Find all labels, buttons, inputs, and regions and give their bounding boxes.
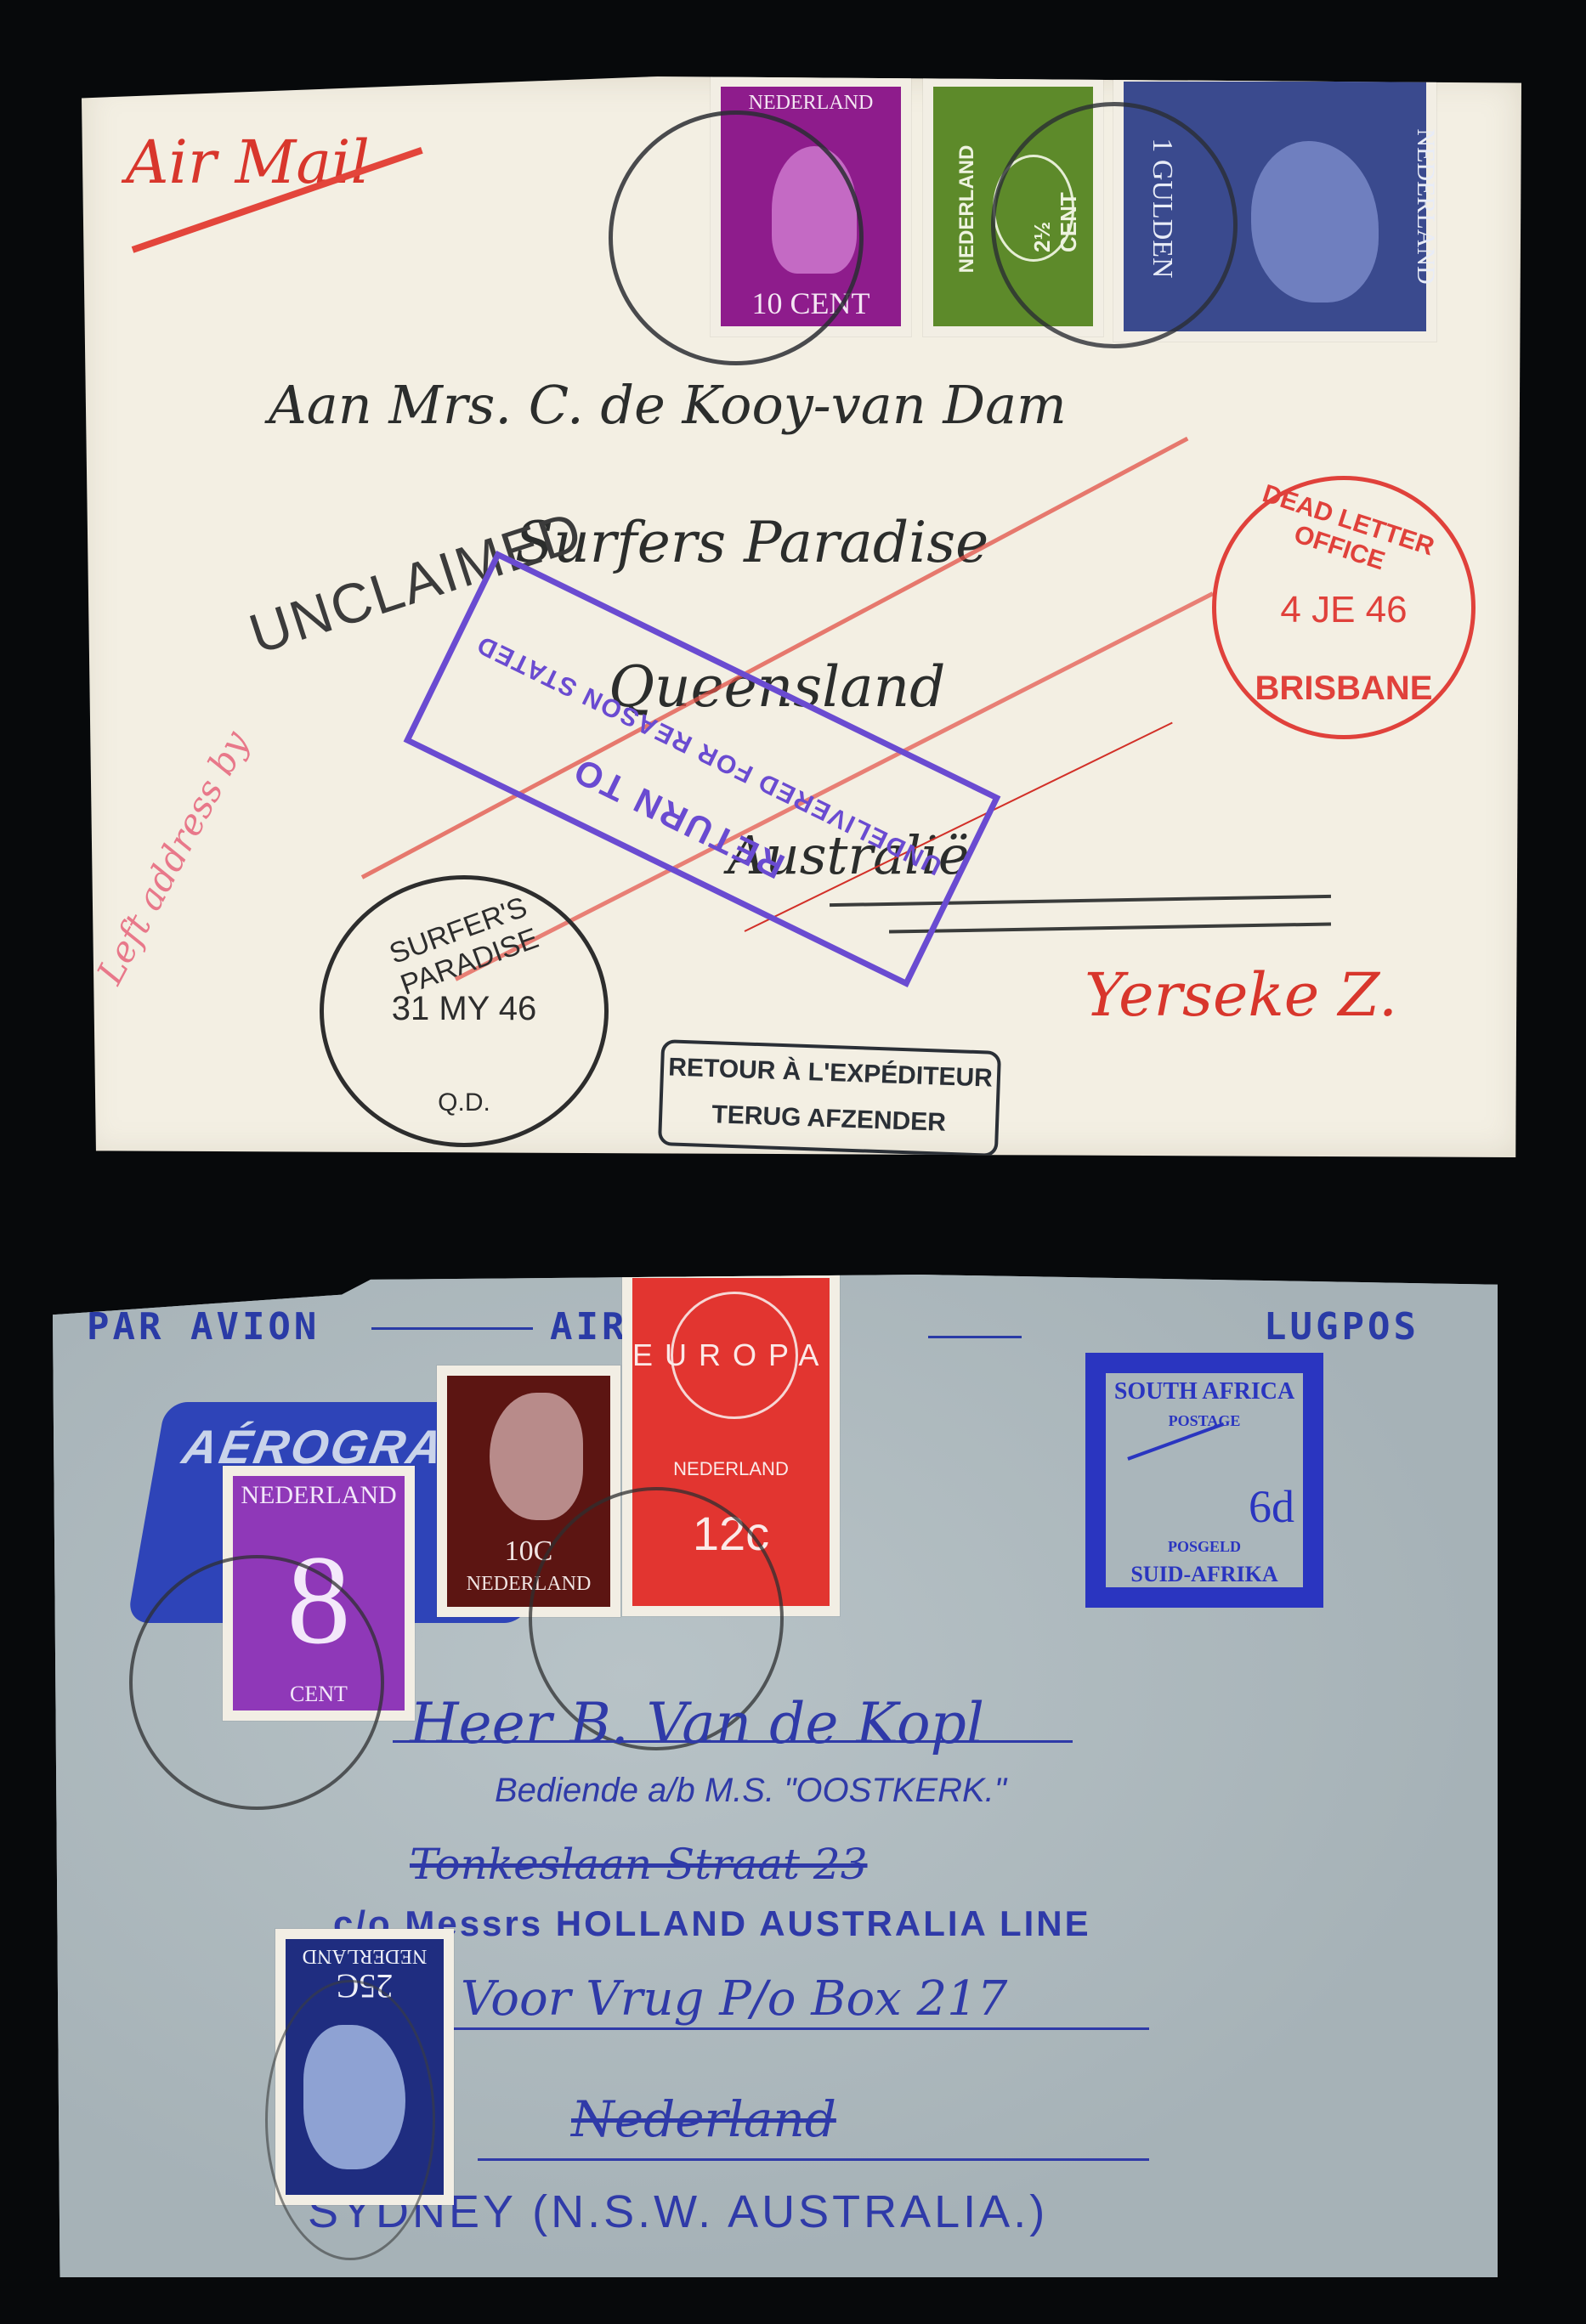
par-avion-label: PAR AVION — [87, 1305, 320, 1349]
stamp-title: EUROPA — [632, 1337, 830, 1373]
postmark-sub: BRISBANE — [1216, 670, 1471, 708]
amsterdam-postmark — [609, 110, 864, 365]
handstamp-text: TERUG AFZENDER — [662, 1099, 996, 1139]
address-line-6: Nederland — [571, 2090, 836, 2148]
stamp-country: NEDERLAND — [1411, 100, 1440, 313]
den-haag-postmark — [129, 1555, 384, 1810]
printed-rule — [478, 2158, 1149, 2161]
stamp-country: NEDERLAND — [955, 116, 979, 303]
amsterdam-postmark-2 — [991, 102, 1238, 348]
dead-letter-office-postmark: DEAD LETTER OFFICE 4 JE 46 BRISBANE — [1212, 476, 1476, 739]
stamp-country: NEDERLAND — [632, 1458, 830, 1480]
indicium-lower: POSGELD — [1111, 1538, 1298, 1556]
postmark-text: DEAD LETTER OFFICE — [1214, 467, 1474, 601]
handstamp-text: RETOUR À L'EXPÉDITEUR — [664, 1053, 998, 1094]
printed-rule — [393, 2027, 1149, 2030]
surfers-paradise-postmark: SURFER'S PARADISE 31 MY 46 Q.D. — [320, 875, 609, 1147]
indicium-bottom: SUID-AFRIKA — [1111, 1562, 1298, 1587]
postmark-25c — [265, 1980, 435, 2260]
stamp-country: NEDERLAND — [233, 1481, 405, 1510]
air-mail-manuscript: Air Mail — [126, 127, 370, 197]
return-destination: Yerseke Z. — [1085, 960, 1397, 1030]
address-line-1: Aan Mrs. C. de Kooy-van Dam — [269, 374, 1067, 436]
postmark-date: 4 JE 46 — [1216, 589, 1471, 631]
postmark-date: 31 MY 46 — [324, 990, 604, 1028]
air-label: AIR — [550, 1305, 627, 1349]
left-address-note: Left address by — [88, 724, 257, 991]
indicium-value: 6d — [1249, 1480, 1294, 1533]
postmark-sub: Q.D. — [324, 1088, 604, 1117]
printed-rule — [371, 1327, 533, 1330]
address-line-1: Heer B. Van de Kopl — [410, 1691, 984, 1756]
aerogramme-2: PAR AVION AIR LUGPOS AÉROGRAMME NEDERLAN… — [53, 1275, 1498, 2277]
cover-envelope-1: Air Mail NEDERLAND 10 CENT NEDERLAND 2½ … — [82, 76, 1521, 1157]
address-line-5: Voor Vrug P/o Box 217 — [461, 1971, 1007, 2027]
address-line-3: Tonkeslaan Straat 23 — [410, 1840, 868, 1889]
retour-expediteur-handstamp: RETOUR À L'EXPÉDITEUR TERUG AFZENDER — [658, 1039, 1001, 1157]
address-line-2: Bediende a/b M.S. "OOSTKERK." — [495, 1772, 1006, 1810]
south-africa-indicium: SOUTH AFRICA POSTAGE 6d POSGELD SUID-AFR… — [1085, 1353, 1323, 1608]
lugpos-label: LUGPOS — [1264, 1305, 1419, 1349]
indicium-middle: POSTAGE — [1111, 1412, 1298, 1430]
printed-rule — [928, 1336, 1022, 1338]
printed-rule — [393, 1740, 1073, 1743]
stamp-country: NEDERLAND — [286, 1944, 444, 1967]
address-line-2: Surfers Paradise — [515, 510, 988, 575]
portrait-icon — [490, 1393, 583, 1520]
indicium-top: SOUTH AFRICA — [1111, 1378, 1298, 1405]
strike-line — [889, 922, 1331, 933]
